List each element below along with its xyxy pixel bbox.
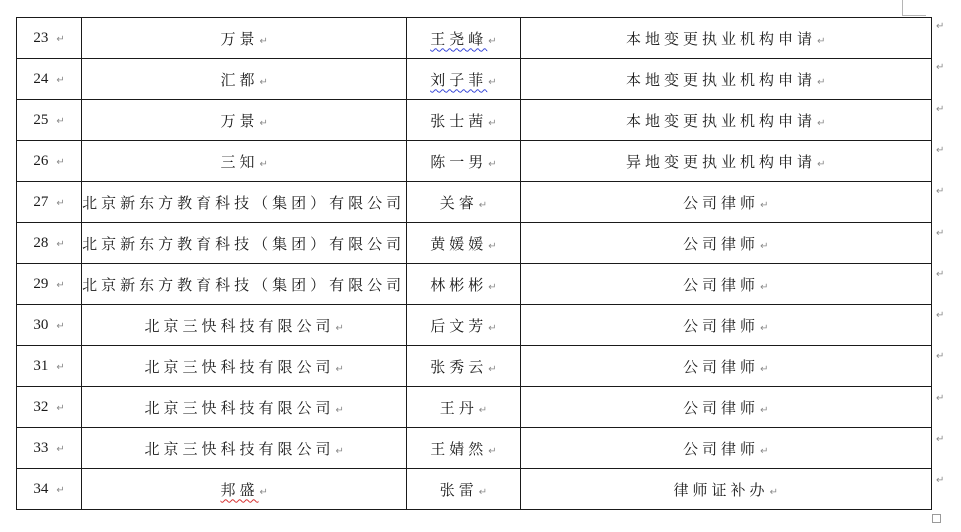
application-type-cell[interactable]: 公司律师↵ <box>520 264 931 305</box>
paragraph-mark-icon: ↵ <box>760 405 768 416</box>
application-type-cell[interactable]: 本地变更执业机构申请↵ <box>520 18 931 59</box>
table-row: 33↵ 北京三快科技有限公司↵ 王婧然↵ 公司律师↵ <box>17 428 932 469</box>
person-name-cell[interactable]: 陈一男↵ <box>407 141 520 182</box>
person-name: 刘子菲 <box>430 71 487 89</box>
paragraph-mark-icon: ↵ <box>770 487 778 498</box>
application-type: 公司律师 <box>683 235 759 253</box>
person-name: 张秀云 <box>430 358 487 376</box>
paragraph-mark-icon: ↵ <box>760 241 768 252</box>
paragraph-mark-icon: ↵ <box>56 198 64 209</box>
row-number: 24 <box>33 71 48 87</box>
row-number-cell[interactable]: 28↵ <box>17 223 82 264</box>
paragraph-mark-icon: ↵ <box>760 364 768 375</box>
paragraph-mark-icon: ↵ <box>56 34 64 45</box>
person-name-cell[interactable]: 林彬彬↵ <box>407 264 520 305</box>
paragraph-mark-icon: ↵ <box>488 323 496 334</box>
application-type: 公司律师 <box>683 440 759 458</box>
application-type-cell[interactable]: 公司律师↵ <box>520 428 931 469</box>
row-end-mark-icon: ↵ <box>936 269 944 280</box>
paragraph-mark-icon: ↵ <box>760 323 768 334</box>
paragraph-mark-icon: ↵ <box>336 405 344 416</box>
organization-cell[interactable]: 北京新东方教育科技（集团）有限公司↵ <box>82 182 407 223</box>
organization-name: 邦盛 <box>221 481 259 499</box>
application-type-cell[interactable]: 公司律师↵ <box>520 223 931 264</box>
paragraph-mark-icon: ↵ <box>488 241 496 252</box>
row-number: 33 <box>33 440 48 456</box>
person-name-cell[interactable]: 王尧峰↵ <box>407 18 520 59</box>
person-name-cell[interactable]: 张秀云↵ <box>407 346 520 387</box>
organization-name: 北京三快科技有限公司 <box>145 317 335 335</box>
table-row: 26↵ 三知↵ 陈一男↵ 异地变更执业机构申请↵ <box>17 141 932 182</box>
row-end-mark-icon: ↵ <box>936 393 944 404</box>
row-number-cell[interactable]: 23↵ <box>17 18 82 59</box>
row-end-mark-icon: ↵ <box>936 21 944 32</box>
person-name-cell[interactable]: 王婧然↵ <box>407 428 520 469</box>
organization-cell[interactable]: 北京三快科技有限公司↵ <box>82 346 407 387</box>
organization-cell[interactable]: 北京三快科技有限公司↵ <box>82 428 407 469</box>
paragraph-mark-icon: ↵ <box>479 487 487 498</box>
person-name-cell[interactable]: 黄媛媛↵ <box>407 223 520 264</box>
row-end-mark-icon: ↵ <box>936 434 944 445</box>
paragraph-mark-icon: ↵ <box>56 239 64 250</box>
application-type: 本地变更执业机构申请 <box>626 30 816 48</box>
person-name: 张雷 <box>440 481 478 499</box>
paragraph-mark-icon: ↵ <box>488 282 496 293</box>
application-type-cell[interactable]: 异地变更执业机构申请↵ <box>520 141 931 182</box>
organization-cell[interactable]: 北京三快科技有限公司↵ <box>82 305 407 346</box>
table-row: 27↵ 北京新东方教育科技（集团）有限公司↵ 关睿↵ 公司律师↵ <box>17 182 932 223</box>
table-row: 28↵ 北京新东方教育科技（集团）有限公司↵ 黄媛媛↵ 公司律师↵ <box>17 223 932 264</box>
application-type: 公司律师 <box>683 317 759 335</box>
row-number-cell[interactable]: 34↵ <box>17 469 82 510</box>
row-number-cell[interactable]: 27↵ <box>17 182 82 223</box>
organization-cell[interactable]: 万景↵ <box>82 100 407 141</box>
organization-cell[interactable]: 三知↵ <box>82 141 407 182</box>
organization-name: 北京新东方教育科技（集团）有限公司 <box>82 235 405 253</box>
table-row: 25↵ 万景↵ 张士茜↵ 本地变更执业机构申请↵ <box>17 100 932 141</box>
organization-cell[interactable]: 邦盛↵ <box>82 469 407 510</box>
paragraph-mark-icon: ↵ <box>488 159 496 170</box>
paragraph-mark-icon: ↵ <box>479 405 487 416</box>
organization-name: 万景 <box>221 30 259 48</box>
paragraph-mark-icon: ↵ <box>56 403 64 414</box>
row-number-cell[interactable]: 31↵ <box>17 346 82 387</box>
organization-name: 北京新东方教育科技（集团）有限公司 <box>82 194 405 212</box>
paragraph-mark-icon: ↵ <box>56 444 64 455</box>
organization-cell[interactable]: 北京新东方教育科技（集团）有限公司↵ <box>82 264 407 305</box>
paragraph-mark-icon: ↵ <box>260 487 268 498</box>
paragraph-mark-icon: ↵ <box>336 446 344 457</box>
paragraph-mark-icon: ↵ <box>336 323 344 334</box>
application-type: 公司律师 <box>683 399 759 417</box>
paragraph-mark-icon: ↵ <box>488 446 496 457</box>
row-end-mark-icon: ↵ <box>936 475 944 486</box>
application-type: 公司律师 <box>683 194 759 212</box>
row-end-mark-icon: ↵ <box>936 62 944 73</box>
row-number: 29 <box>33 276 48 292</box>
table-row: 23↵ 万景↵ 王尧峰↵ 本地变更执业机构申请↵ <box>17 18 932 59</box>
page-corner-mark <box>902 0 926 16</box>
table-row: 31↵ 北京三快科技有限公司↵ 张秀云↵ 公司律师↵ <box>17 346 932 387</box>
organization-cell[interactable]: 北京新东方教育科技（集团）有限公司↵ <box>82 223 407 264</box>
paragraph-mark-icon: ↵ <box>336 364 344 375</box>
row-number-cell[interactable]: 29↵ <box>17 264 82 305</box>
paragraph-mark-icon: ↵ <box>56 362 64 373</box>
person-name-cell[interactable]: 刘子菲↵ <box>407 59 520 100</box>
table-row: 32↵ 北京三快科技有限公司↵ 王丹↵ 公司律师↵ <box>17 387 932 428</box>
paragraph-mark-icon: ↵ <box>56 280 64 291</box>
person-name: 黄媛媛 <box>430 235 487 253</box>
organization-cell[interactable]: 万景↵ <box>82 18 407 59</box>
row-number-cell[interactable]: 33↵ <box>17 428 82 469</box>
application-type-cell[interactable]: 本地变更执业机构申请↵ <box>520 100 931 141</box>
paragraph-mark-icon: ↵ <box>56 75 64 86</box>
row-number: 30 <box>33 317 48 333</box>
paragraph-mark-icon: ↵ <box>760 446 768 457</box>
paragraph-mark-icon: ↵ <box>260 77 268 88</box>
paragraph-mark-icon: ↵ <box>56 321 64 332</box>
person-name-cell[interactable]: 后文芳↵ <box>407 305 520 346</box>
person-name: 陈一男 <box>430 153 487 171</box>
row-number: 27 <box>33 194 48 210</box>
person-name-cell[interactable]: 王丹↵ <box>407 387 520 428</box>
person-name-cell[interactable]: 张士茜↵ <box>407 100 520 141</box>
person-name: 王丹 <box>440 399 478 417</box>
person-name: 关睿 <box>440 194 478 212</box>
row-end-mark-icon: ↵ <box>936 310 944 321</box>
row-number-cell[interactable]: 32↵ <box>17 387 82 428</box>
paragraph-mark-icon: ↵ <box>260 118 268 129</box>
row-number: 25 <box>33 112 48 128</box>
paragraph-mark-icon: ↵ <box>760 282 768 293</box>
row-number: 23 <box>33 30 48 46</box>
row-end-mark-icon: ↵ <box>936 186 944 197</box>
paragraph-mark-icon: ↵ <box>488 364 496 375</box>
row-number: 31 <box>33 358 48 374</box>
paragraph-mark-icon: ↵ <box>56 485 64 496</box>
organization-cell[interactable]: 北京三快科技有限公司↵ <box>82 387 407 428</box>
person-name-cell[interactable]: 关睿↵ <box>407 182 520 223</box>
paragraph-mark-icon: ↵ <box>817 118 825 129</box>
row-number-cell[interactable]: 30↵ <box>17 305 82 346</box>
organization-name: 北京三快科技有限公司 <box>145 358 335 376</box>
application-type: 本地变更执业机构申请 <box>626 71 816 89</box>
row-end-mark-icon: ↵ <box>936 104 944 115</box>
paragraph-mark-icon: ↵ <box>479 200 487 211</box>
application-type: 异地变更执业机构申请 <box>626 153 816 171</box>
person-name: 张士茜 <box>430 112 487 130</box>
application-type-cell[interactable]: 公司律师↵ <box>520 346 931 387</box>
organization-name: 汇都 <box>221 71 259 89</box>
application-type-cell[interactable]: 公司律师↵ <box>520 387 931 428</box>
organization-name: 三知 <box>221 153 259 171</box>
organization-name: 北京三快科技有限公司 <box>145 440 335 458</box>
table-row: 34↵ 邦盛↵ 张雷↵ 律师证补办↵ <box>17 469 932 510</box>
organization-cell[interactable]: 汇都↵ <box>82 59 407 100</box>
paragraph-mark-icon: ↵ <box>817 159 825 170</box>
person-name: 王尧峰 <box>430 30 487 48</box>
paragraph-mark-icon: ↵ <box>56 116 64 127</box>
table-row: 30↵ 北京三快科技有限公司↵ 后文芳↵ 公司律师↵ <box>17 305 932 346</box>
application-type-cell[interactable]: 公司律师↵ <box>520 305 931 346</box>
paragraph-mark-icon: ↵ <box>817 36 825 47</box>
organization-name: 北京新东方教育科技（集团）有限公司 <box>82 276 405 294</box>
application-type: 公司律师 <box>683 276 759 294</box>
row-number: 34 <box>33 481 48 497</box>
paragraph-mark-icon: ↵ <box>260 159 268 170</box>
table-row: 29↵ 北京新东方教育科技（集团）有限公司↵ 林彬彬↵ 公司律师↵ <box>17 264 932 305</box>
paragraph-mark-icon: ↵ <box>488 36 496 47</box>
row-number-cell[interactable]: 26↵ <box>17 141 82 182</box>
paragraph-mark-icon: ↵ <box>56 157 64 168</box>
application-type-cell[interactable]: 公司律师↵ <box>520 182 931 223</box>
row-end-mark-icon: ↵ <box>936 145 944 156</box>
row-end-mark-icon: ↵ <box>936 351 944 362</box>
person-name: 林彬彬 <box>430 276 487 294</box>
row-end-mark-icon: ↵ <box>936 228 944 239</box>
row-number: 28 <box>33 235 48 251</box>
application-type-cell[interactable]: 本地变更执业机构申请↵ <box>520 59 931 100</box>
application-type: 律师证补办 <box>674 481 769 499</box>
person-name: 后文芳 <box>430 317 487 335</box>
row-number-cell[interactable]: 25↵ <box>17 100 82 141</box>
paragraph-mark-icon: ↵ <box>488 77 496 88</box>
paragraph-mark-icon: ↵ <box>260 36 268 47</box>
application-type: 本地变更执业机构申请 <box>626 112 816 130</box>
application-type-cell[interactable]: 律师证补办↵ <box>520 469 931 510</box>
organization-name: 万景 <box>221 112 259 130</box>
table-end-marker <box>932 514 941 523</box>
row-number: 32 <box>33 399 48 415</box>
organization-name: 北京三快科技有限公司 <box>145 399 335 417</box>
paragraph-mark-icon: ↵ <box>488 118 496 129</box>
person-name: 王婧然 <box>430 440 487 458</box>
row-number: 26 <box>33 153 48 169</box>
person-name-cell[interactable]: 张雷↵ <box>407 469 520 510</box>
paragraph-mark-icon: ↵ <box>760 200 768 211</box>
lawyer-table: 23↵ 万景↵ 王尧峰↵ 本地变更执业机构申请↵ 24↵ 汇都↵ 刘子菲↵ 本地… <box>16 17 932 510</box>
row-number-cell[interactable]: 24↵ <box>17 59 82 100</box>
paragraph-mark-icon: ↵ <box>817 77 825 88</box>
application-type: 公司律师 <box>683 358 759 376</box>
table-row: 24↵ 汇都↵ 刘子菲↵ 本地变更执业机构申请↵ <box>17 59 932 100</box>
